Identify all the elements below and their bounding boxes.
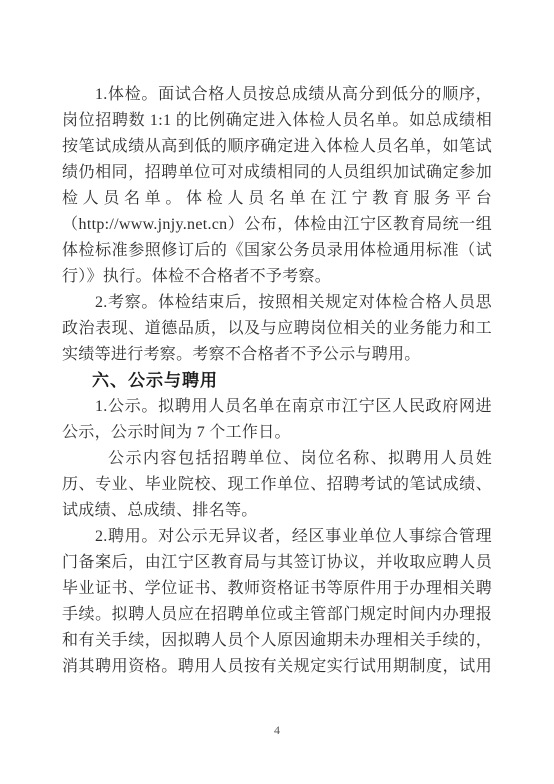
document-body: 1.体检。面试合格人员按总成绩从高分到低分的顺序，以岗位招聘数 1:1 的比例确… [62,82,492,680]
text-line: 检人员名单。体检人员名单在江宁教育服务平台 [62,186,492,212]
text-line: 2.考察。体检结束后，按照相关规定对体检合格人员思想 [62,290,492,316]
text-line: 1.公示。拟聘用人员名单在南京市江宁区人民政府网进行 [62,394,492,420]
text-line: 2.聘用。对公示无异议者，经区事业单位人事综合管理部 [62,524,492,550]
text-line: 毕业证书、学位证书、教师资格证书等原件用于办理相关聘用 [62,576,492,602]
section-heading: 六、公示与聘用 [62,368,492,394]
text-line: 和有关手续，因拟聘人员个人原因逾期未办理相关手续的，取 [62,628,492,654]
page-number: 4 [0,722,554,738]
text-line: 按笔试成绩从高到低的顺序确定进入体检人员名单，如笔试成 [62,134,492,160]
text-line: 实绩等进行考察。考察不合格者不予公示与聘用。 [62,342,492,368]
text-line: 门备案后，由江宁区教育局与其签订协议，并收取应聘人员的 [62,550,492,576]
text-line: 行）》执行。体检不合格者不予考察。 [62,264,492,290]
text-line: 公示内容包括招聘单位、岗位名称、拟聘用人员姓名、学 [62,446,492,472]
text-line: 公示，公示时间为 7 个工作日。 [62,420,492,446]
text-line: 1.体检。面试合格人员按总成绩从高分到低分的顺序，以 [62,82,492,108]
text-line: 绩仍相同，招聘单位可对成绩相同的人员组织加试确定参加体 [62,160,492,186]
text-line: 手续。拟聘人员应在招聘单位或主管部门规定时间内办理报到 [62,602,492,628]
text-line: （http://www.jnjy.net.cn）公布，体检由江宁区教育局统一组织… [62,212,492,238]
text-line: 消其聘用资格。聘用人员按有关规定实行试用期制度，试用期 [62,654,492,680]
text-line: 岗位招聘数 1:1 的比例确定进入体检人员名单。如总成绩相同， [62,108,492,134]
document-page: 1.体检。面试合格人员按总成绩从高分到低分的顺序，以岗位招聘数 1:1 的比例确… [0,0,554,784]
text-line: 试成绩、总成绩、排名等。 [62,498,492,524]
text-line: 历、专业、毕业院校、现工作单位、招聘考试的笔试成绩、面 [62,472,492,498]
text-line: 政治表现、道德品质，以及与应聘岗位相关的业务能力和工作 [62,316,492,342]
text-line: 体检标准参照修订后的《国家公务员录用体检通用标准（试 [62,238,492,264]
